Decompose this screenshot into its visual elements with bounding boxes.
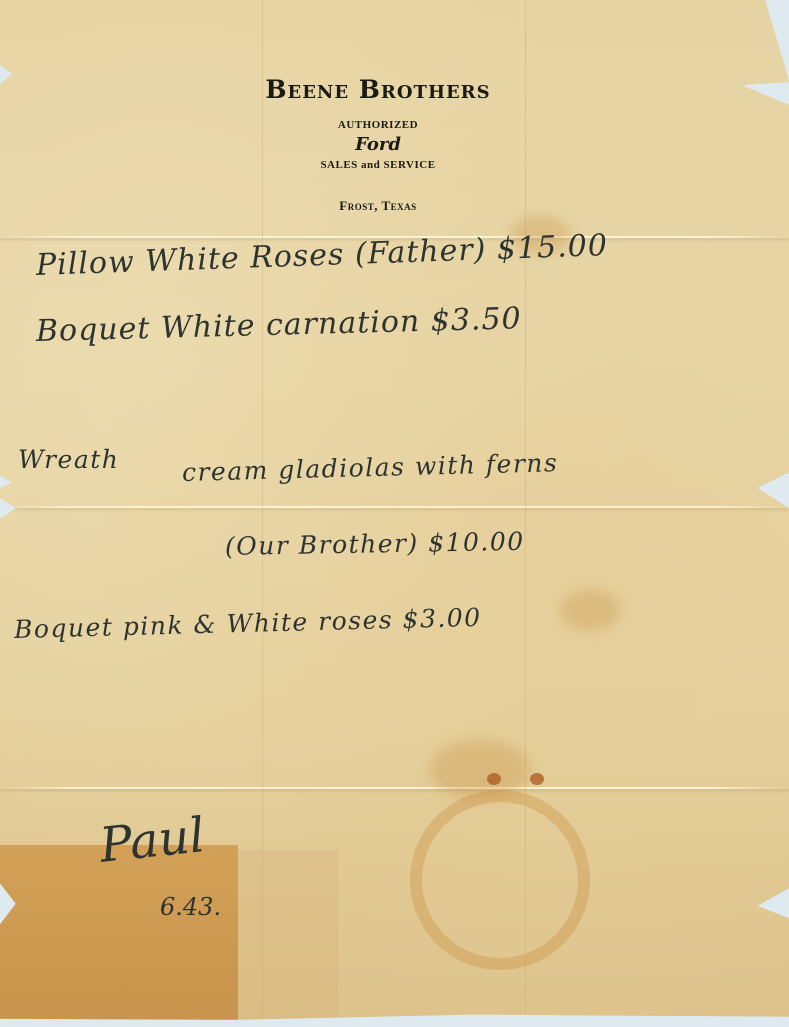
water-stain bbox=[560, 590, 620, 630]
letter-paper: Beene Brothers AUTHORIZED Ford SALES and… bbox=[0, 0, 789, 1027]
entry-3-line2: (Our Brother) $10.00 bbox=[225, 527, 525, 561]
tape-stain bbox=[0, 845, 238, 1027]
entry-price: $10.00 bbox=[428, 527, 525, 558]
fold-crease bbox=[0, 506, 789, 508]
signature-name: Paul bbox=[97, 807, 207, 874]
drip-stain bbox=[530, 773, 544, 785]
entry-3-item: cream gladiolas with ferns bbox=[182, 448, 559, 487]
ford-logo: Ford bbox=[0, 134, 756, 156]
location: Frost, Texas bbox=[0, 198, 756, 214]
entry-4: Boquet pink & White roses $3.00 bbox=[14, 603, 482, 644]
entry-item: Pillow White Roses bbox=[35, 237, 345, 283]
tape-stain bbox=[238, 850, 338, 1027]
entry-3-label: Wreath bbox=[18, 445, 119, 474]
drip-stain bbox=[487, 773, 501, 785]
entry-note: (Father) bbox=[354, 232, 487, 272]
fold-crease bbox=[0, 787, 789, 789]
entry-item: Boquet pink & White roses bbox=[14, 605, 394, 644]
entry-item: Boquet White carnation bbox=[36, 304, 421, 349]
coffee-ring-stain bbox=[410, 790, 590, 970]
entry-price: $3.50 bbox=[430, 301, 522, 338]
entry-2: Boquet White carnation $3.50 bbox=[36, 301, 523, 349]
letterhead: Beene Brothers AUTHORIZED Ford SALES and… bbox=[0, 72, 756, 214]
entry-price: $3.00 bbox=[402, 603, 482, 634]
services-label: SALES and SERVICE bbox=[0, 158, 756, 172]
signature-date: 6.43. bbox=[160, 893, 221, 921]
company-name: Beene Brothers bbox=[0, 72, 756, 108]
entry-price: $15.00 bbox=[496, 228, 608, 267]
entry-note: (Our Brother) bbox=[225, 529, 419, 561]
authorized-label: AUTHORIZED bbox=[0, 118, 756, 132]
